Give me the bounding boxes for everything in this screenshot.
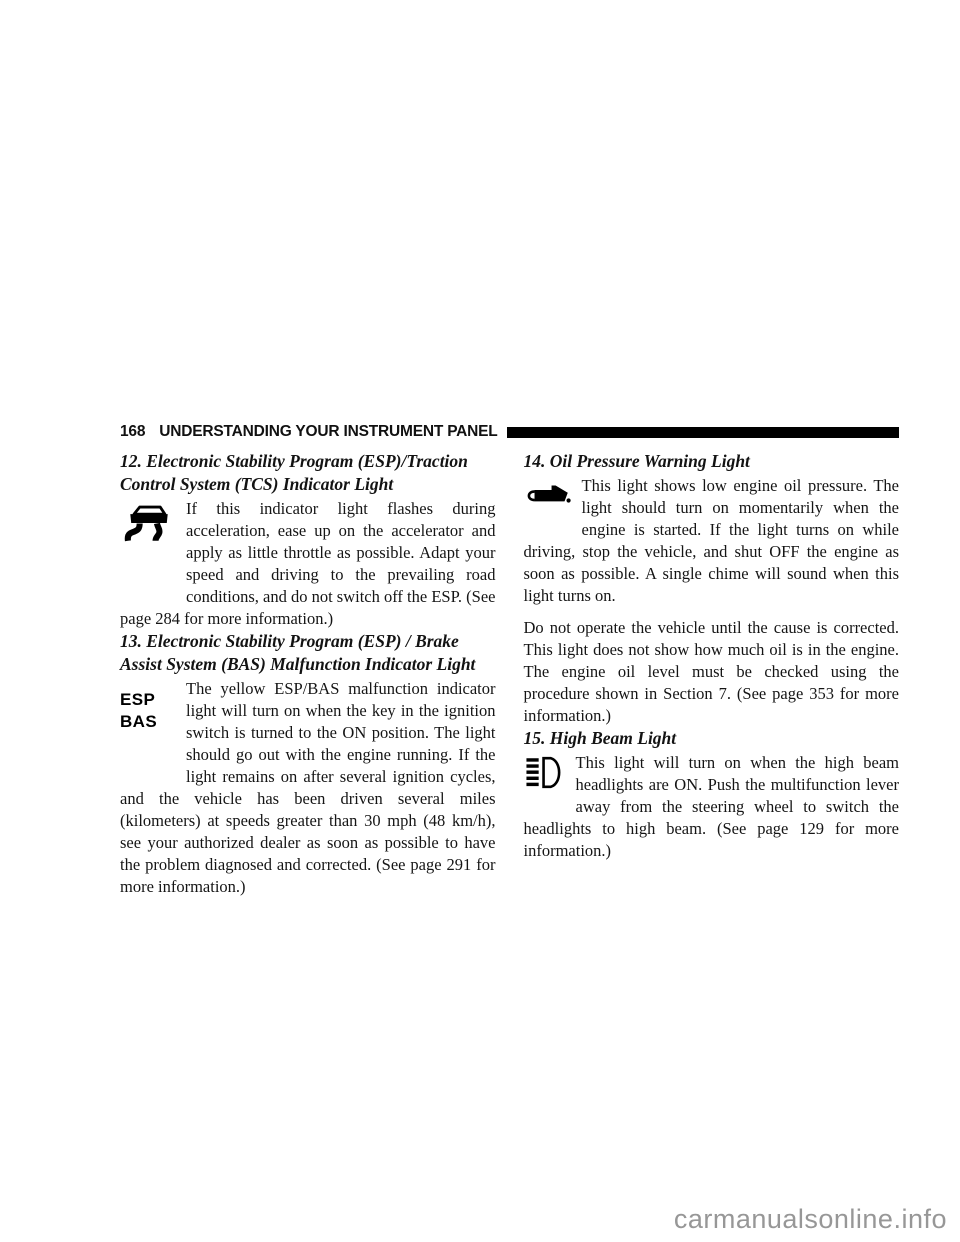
watermark: carmanualsonline.info <box>674 1204 947 1235</box>
right-column: 14. Oil Pressure Warning Light This ligh… <box>524 450 900 898</box>
section-12-paragraph: If this indicator light flashes during a… <box>120 498 496 630</box>
section-14-paragraph-1: This light shows low engine oil pressure… <box>524 475 900 607</box>
section-15-paragraph: This light will turn on when the high be… <box>524 752 900 862</box>
section-15-heading: 15. High Beam Light <box>524 727 900 750</box>
section-15-text: This light will turn on when the high be… <box>524 753 900 860</box>
section-12-heading: 12. Electronic Stability Program (ESP)/T… <box>120 450 496 496</box>
page-header: 168 UNDERSTANDING YOUR INSTRUMENT PANEL <box>120 423 899 441</box>
section-13-paragraph: ESP BAS The yellow ESP/BAS malfunction i… <box>120 678 496 898</box>
left-column: 12. Electronic Stability Program (ESP)/T… <box>120 450 496 898</box>
header-rule-bar <box>507 427 899 438</box>
section-14-paragraph-2: Do not operate the vehicle until the cau… <box>524 617 900 727</box>
oil-pressure-icon <box>524 475 582 523</box>
page-body: 12. Electronic Stability Program (ESP)/T… <box>120 450 899 898</box>
section-13-heading: 13. Electronic Stability Program (ESP) /… <box>120 630 496 676</box>
esp-bas-icon: ESP BAS <box>120 678 186 775</box>
esp-bas-icon-line2: BAS <box>120 712 157 731</box>
esp-bas-icon-line1: ESP <box>120 690 155 709</box>
page-number: 168 <box>120 423 145 441</box>
high-beam-icon <box>524 752 576 799</box>
chapter-title: UNDERSTANDING YOUR INSTRUMENT PANEL <box>159 423 497 441</box>
traction-control-icon <box>120 498 186 588</box>
section-14-heading: 14. Oil Pressure Warning Light <box>524 450 900 473</box>
manual-page: { "header": { "page_number": "168", "tit… <box>0 0 960 1242</box>
